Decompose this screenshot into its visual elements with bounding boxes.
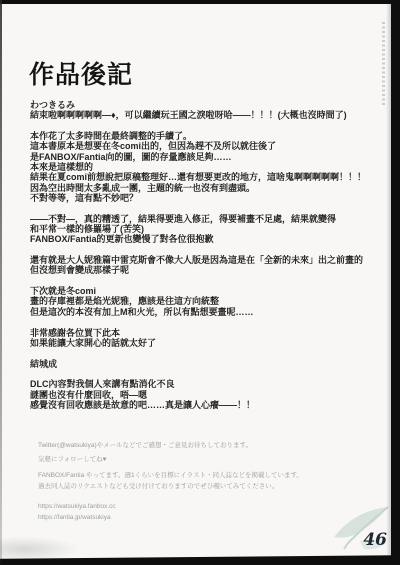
text-line: 本來是這樣想的	[30, 162, 384, 172]
scanned-afterword-page: 作品後記 わつきるみ結束啦啊啊啊啊啊—♦，可以繼續玩王國之淚啦呀哈——！！！(大…	[0, 0, 400, 565]
text-line: 但沒想到會變成那樣子呢	[30, 265, 384, 275]
scan-smudge	[0, 536, 80, 558]
text-line: 這本書原本是想要在冬comi出的，但因為趕不及所以就往後了	[30, 141, 384, 151]
page-title: 作品後記	[29, 55, 133, 91]
paragraph: 還有就是大人妮雅篇中雷克斯會不像大人版是因為這是在「全新的未來」出之前畫的但沒想…	[30, 255, 384, 276]
text-line: 如果能讓大家開心的話就太好了	[30, 338, 384, 348]
text-line: 畫的存庫裡都是焰光妮雅，應該是往這方向統整	[30, 296, 384, 306]
text-line: 但是這次的本沒有加上M和火光，所以有點想要畫呢……	[30, 307, 384, 317]
text-line: 還有就是大人妮雅篇中雷克斯會不像大人版是因為這是在「全新的未來」出之前畫的	[30, 255, 384, 265]
footer-fanbox-note: FANBOX/Fantia やってます。週1くらいを目標にイラスト・同人誌などを…	[38, 470, 303, 492]
page-number: 46	[363, 530, 387, 550]
text-line: 結城成	[30, 359, 384, 369]
text-line: 是FANBOX/Fantia向的圖，圖的存量應該足夠……	[30, 152, 384, 162]
scan-edge-left	[0, 0, 2, 565]
text-line: 下次就是冬comi	[30, 286, 384, 296]
paragraph: わつきるみ結束啦啊啊啊啊啊—♦，可以繼續玩王國之淚啦呀哈——！！！(大概也沒時間…	[30, 100, 384, 121]
afterword-body: わつきるみ結束啦啊啊啊啊啊—♦，可以繼續玩王國之淚啦呀哈——！！！(大概也沒時間…	[30, 100, 384, 421]
text-line: 非常感謝各位買下此本	[30, 328, 384, 338]
paragraph: ——不對—，真的糟透了，結果得要進入修正，得要補畫不足處，結果就變得和平常一樣的…	[30, 214, 384, 245]
paragraph: 本作花了太多時間在最終調整的手續了。這本書原本是想要在冬comi出的，但因為趕不…	[30, 131, 384, 203]
text-line: Twitter(@watsukiya)やメールなどでご感想・ご意見お待ちしており…	[38, 439, 252, 453]
paragraph: 非常感謝各位買下此本如果能讓大家開心的話就太好了	[30, 328, 384, 349]
text-line: FANBOX/Fantia やってます。週1くらいを目標にイラスト・同人誌などを…	[38, 470, 303, 481]
footer-contact-note: Twitter(@watsukiya)やメールなどでご感想・ご意見お待ちしており…	[38, 439, 252, 467]
text-line: FANBOX/Fantia的更新也變慢了對各位很抱歉	[30, 234, 384, 244]
footer-urls: https://watsukiya.fanbox.cchttps://fanti…	[38, 501, 116, 523]
spine-watermark-text	[382, 22, 385, 106]
text-line: 結果在夏comi前想說把原稿整理好…還有想要更改的地方，這啥鬼啊啊啊啊啊！！！	[30, 172, 384, 182]
text-line: 本作花了太多時間在最終調整的手續了。	[30, 131, 384, 141]
text-line: DLC內容對我個人來講有點消化不良	[30, 379, 384, 389]
text-line: 感覺沒有回收應該是故意的吧……真是讓人心癢——！！	[30, 400, 384, 410]
paragraph: 結城成	[30, 359, 384, 369]
text-line: 和平常一樣的修羅場了(苦笑)	[30, 224, 384, 234]
text-line: https://fantia.jp/watsukiya	[38, 512, 116, 523]
paragraph: DLC內容對我個人來講有點消化不良謎團也沒有什麼回收，唔—嗯感覺沒有回收應該是故…	[30, 379, 384, 410]
text-line: 気軽にフォローしてね♥	[38, 453, 252, 467]
scan-edge-right	[391, 0, 400, 565]
text-line: 結束啦啊啊啊啊啊—♦，可以繼續玩王國之淚啦呀哈——！！！(大概也沒時間了)	[30, 110, 384, 120]
text-line: ——不對—，真的糟透了，結果得要進入修正，得要補畫不足處，結果就變得	[30, 214, 384, 224]
text-line: 因為空出時間太多亂成一團，主題的統一也沒有到盡頭。	[30, 183, 384, 193]
scan-edge-top	[0, 0, 400, 4]
text-line: 過去同人誌のリクエストなども受け付けておりますのでぜひ覗いてみてください。	[38, 481, 303, 492]
text-line: https://watsukiya.fanbox.cc	[38, 501, 116, 512]
paragraph: 下次就是冬comi畫的存庫裡都是焰光妮雅，應該是往這方向統整但是這次的本沒有加上…	[30, 286, 384, 317]
text-line: 不對等等，這有點不妙吧？	[30, 193, 384, 203]
text-line: わつきるみ	[30, 100, 384, 110]
text-line: 謎團也沒有什麼回收，唔—嗯	[30, 390, 384, 400]
